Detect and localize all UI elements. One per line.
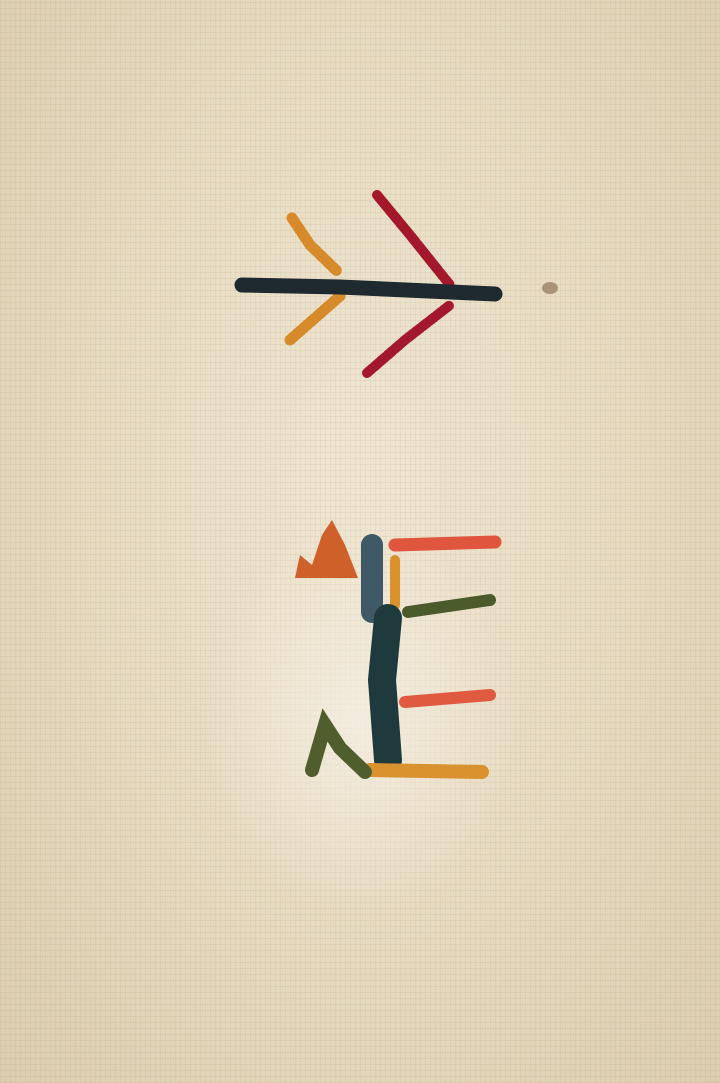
rug-photo: Close-up of cream wool rug pile with two… (0, 0, 720, 1083)
arrow-motif (242, 195, 495, 373)
fleck (542, 282, 558, 294)
comb-figure-motif (295, 520, 495, 772)
motifs (0, 0, 720, 1083)
